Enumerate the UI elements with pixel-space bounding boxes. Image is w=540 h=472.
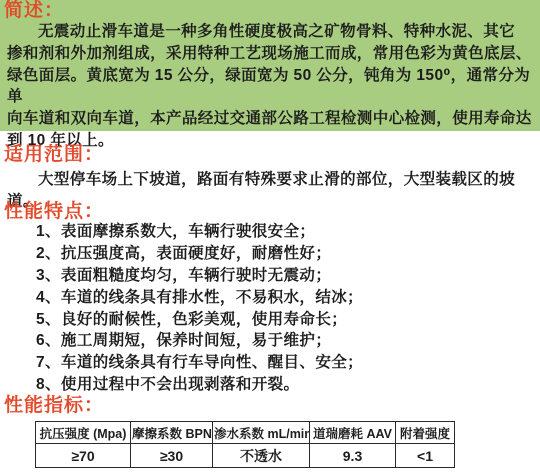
intro-section: 简述： 无震动止滑车道是一种多角性硬度极高之矿物骨料、特种水泥、其它 掺和剂和外… (0, 0, 540, 131)
intro-paragraph: 无震动止滑车道是一种多角性硬度极高之矿物骨料、特种水泥、其它 掺和剂和外加剂组成… (7, 21, 533, 152)
feature-item: 5、良好的耐候性，色彩美观，使用寿命长； (36, 309, 363, 331)
spec-header-abrasion: 道瑞磨耗 AAV (310, 422, 396, 444)
spec-value-permeability: 不透水 (213, 444, 310, 468)
feature-item: 7、车道的线条具有行车导向性、醒目、安全； (36, 352, 363, 374)
spec-value-friction-coefficient: ≥30 (131, 444, 213, 468)
spec-value-abrasion: 9.3 (310, 444, 396, 468)
product-description-page: 简述： 无震动止滑车道是一种多角性硬度极高之矿物骨料、特种水泥、其它 掺和剂和外… (0, 0, 540, 472)
scope-heading: 适用范围： (4, 139, 104, 166)
feature-item: 4、车道的线条具有排水性，不易积水，结冰； (36, 287, 363, 309)
specs-heading: 性能指标： (4, 390, 104, 417)
spec-table: 抗压强度 (Mpa) 摩擦系数 BPN 渗水系数 mL/min 道瑞磨耗 AAV… (35, 421, 455, 468)
spec-value-compressive-strength: ≥70 (36, 444, 131, 468)
feature-item: 3、表面粗糙度均匀，车辆行驶时无震动； (36, 265, 363, 287)
spec-header-adhesion-strength: 附着强度 (396, 422, 455, 444)
spec-table-header-row: 抗压强度 (Mpa) 摩擦系数 BPN 渗水系数 mL/min 道瑞磨耗 AAV… (36, 422, 455, 444)
feature-item: 2、抗压强度高，表面硬度好，耐磨性好； (36, 243, 363, 265)
features-heading: 性能特点： (4, 196, 104, 223)
spec-table-value-row: ≥70 ≥30 不透水 9.3 <1 (36, 444, 455, 468)
feature-item: 1、表面摩擦系数大，车辆行驶很安全； (36, 221, 363, 243)
intro-heading: 简述： (4, 0, 64, 22)
spec-header-compressive-strength: 抗压强度 (Mpa) (36, 422, 131, 444)
feature-item: 6、施工周期短，保养时间短，易于维护； (36, 330, 363, 352)
feature-list: 1、表面摩擦系数大，车辆行驶很安全； 2、抗压强度高，表面硬度好，耐磨性好； 3… (36, 221, 363, 396)
spec-header-permeability: 渗水系数 mL/min (213, 422, 310, 444)
spec-value-adhesion-strength: <1 (396, 444, 455, 468)
spec-header-friction-coefficient: 摩擦系数 BPN (131, 422, 213, 444)
